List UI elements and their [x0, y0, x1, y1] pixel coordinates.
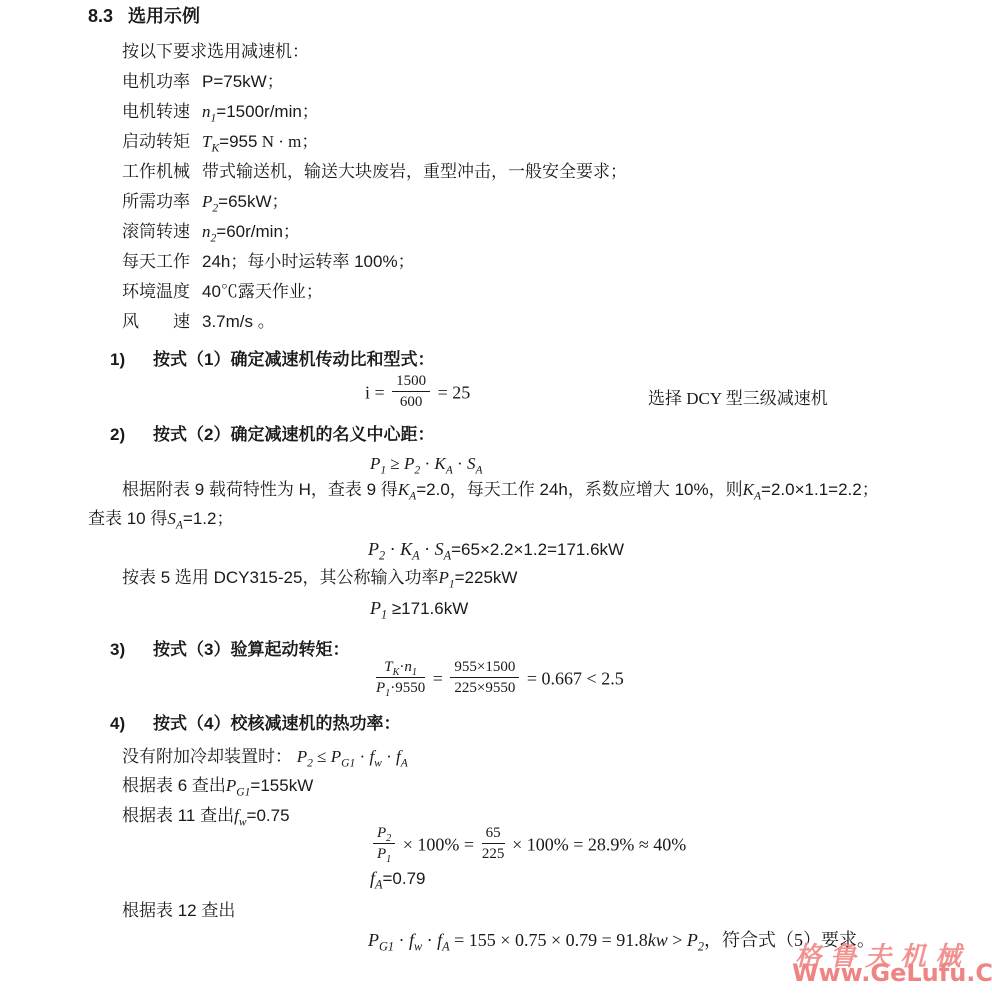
step-2-heading-text: 按式（2）确定减速机的名义中心距： [153, 425, 434, 444]
spec-value: TK=955 N · m； [202, 132, 318, 151]
spec-line: 每天工作24h；每小时运转率 100%； [122, 247, 627, 277]
spec-label: 启动转矩 [122, 132, 190, 151]
spec-line: 所需功率P2=65kW； [122, 187, 627, 217]
step-3-heading: 3)按式（3）验算起动转矩： [110, 635, 349, 660]
spec-value: 40℃露天作业； [202, 282, 323, 301]
spec-label: 工作机械 [122, 162, 190, 181]
formula-starting-torque-check: TK·n1P1·9550 = 955×1500225×9550 = 0.667 … [373, 660, 624, 700]
formula-power-calculation: P2 · KA · SA=65×2.2×1.2=171.6kW [368, 537, 624, 562]
paragraph-table12-lookup: 根据表 12 查出 [122, 900, 235, 921]
spec-value: 带式输送机，输送大块废岩，重型冲击，一般安全要求； [202, 162, 627, 181]
step-4-number: 4) [110, 714, 153, 734]
spec-line: 风 速3.7m/s 。 [122, 307, 627, 337]
step-1-number: 1) [110, 350, 153, 370]
paragraph-sa-factor: 查表 10 得SA=1.2； [88, 508, 233, 529]
fraction: TK·n1P1·9550 [376, 658, 425, 698]
spec-value: P=75kW； [202, 72, 284, 91]
formula-transmission-ratio: i = 1500600 = 25 [365, 374, 470, 414]
requirements-list: 按以下要求选用减速机： 电机功率P=75kW；电机转速n1=1500r/min；… [122, 37, 627, 337]
step-1-heading: 1)按式（1）确定减速机传动比和型式： [110, 345, 434, 370]
watermark-url: Www.GeLufu.Com [792, 959, 992, 987]
paragraph-no-cooling-condition: 没有附加冷却装置时： P2 ≤ PG1 · fw · fA [122, 746, 408, 767]
spec-line: 环境温度40℃露天作业； [122, 277, 627, 307]
spec-line: 工作机械带式输送机，输送大块废岩，重型冲击，一般安全要求； [122, 157, 627, 187]
spec-label: 风 速 [122, 312, 190, 331]
spec-label: 电机转速 [122, 102, 190, 121]
fraction: 955×1500225×9550 [450, 658, 519, 698]
spec-line: 电机功率P=75kW； [122, 67, 627, 97]
step-4-heading: 4)按式（4）校核减速机的热功率： [110, 709, 400, 734]
formula-power-check: P1 ≥171.6kW [370, 596, 468, 621]
spec-value: 24h；每小时运转率 100%； [202, 252, 415, 271]
spec-label: 滚筒转速 [122, 222, 190, 241]
reducer-selection-note: 选择 DCY 型三级减速机 [648, 384, 828, 409]
fraction: 65225 [482, 824, 505, 864]
paragraph-model-selection: 按表 5 选用 DCY315-25，其公称输入功率P1=225kW [122, 567, 517, 588]
fraction: 1500600 [392, 372, 430, 412]
spec-line: 滚筒转速n2=60r/min； [122, 217, 627, 247]
step-4-heading-text: 按式（4）校核减速机的热功率： [153, 714, 400, 733]
step-2-number: 2) [110, 425, 153, 445]
formula-load-ratio: P2P1 × 100% = 65225 × 100% = 28.9% ≈ 40% [370, 826, 686, 866]
spec-value: n1=1500r/min； [202, 102, 319, 121]
spec-label: 电机功率 [122, 72, 190, 91]
step-3-number: 3) [110, 640, 153, 660]
paragraph-fw-lookup: 根据表 11 查出fw=0.75 [122, 805, 290, 826]
spec-value: 3.7m/s 。 [202, 312, 275, 331]
section-title: 选用示例 [128, 6, 200, 26]
step-1-heading-text: 按式（1）确定减速机传动比和型式： [153, 350, 434, 369]
paragraph-pg1-lookup: 根据表 6 查出PG1=155kW [122, 775, 313, 796]
fraction: P2P1 [373, 824, 395, 864]
step-3-heading-text: 按式（3）验算起动转矩： [153, 640, 349, 659]
spec-value: n2=60r/min； [202, 222, 300, 241]
section-heading: 8.3选用示例 [88, 2, 200, 28]
step-2-heading: 2)按式（2）确定减速机的名义中心距： [110, 420, 434, 445]
spec-label: 所需功率 [122, 192, 190, 211]
paragraph-load-factors: 根据附表 9 载荷特性为 H，查表 9 得KA=2.0，每天工作 24h，系数应… [122, 479, 879, 500]
document-page: 8.3选用示例 按以下要求选用减速机： 电机功率P=75kW；电机转速n1=15… [0, 0, 992, 993]
intro-text: 按以下要求选用减速机： [122, 42, 309, 61]
formula-nominal-center-distance: P1 ≥ P2 · KA · SA [370, 452, 483, 476]
spec-line: 启动转矩TK=955 N · m； [122, 127, 627, 157]
formula-fa-value: fA=0.79 [370, 866, 426, 891]
spec-value: P2=65kW； [202, 192, 289, 211]
spec-label: 每天工作 [122, 252, 190, 271]
spec-label: 环境温度 [122, 282, 190, 301]
section-number: 8.3 [88, 6, 113, 26]
spec-line: 电机转速n1=1500r/min； [122, 97, 627, 127]
intro-line: 按以下要求选用减速机： [122, 37, 627, 67]
